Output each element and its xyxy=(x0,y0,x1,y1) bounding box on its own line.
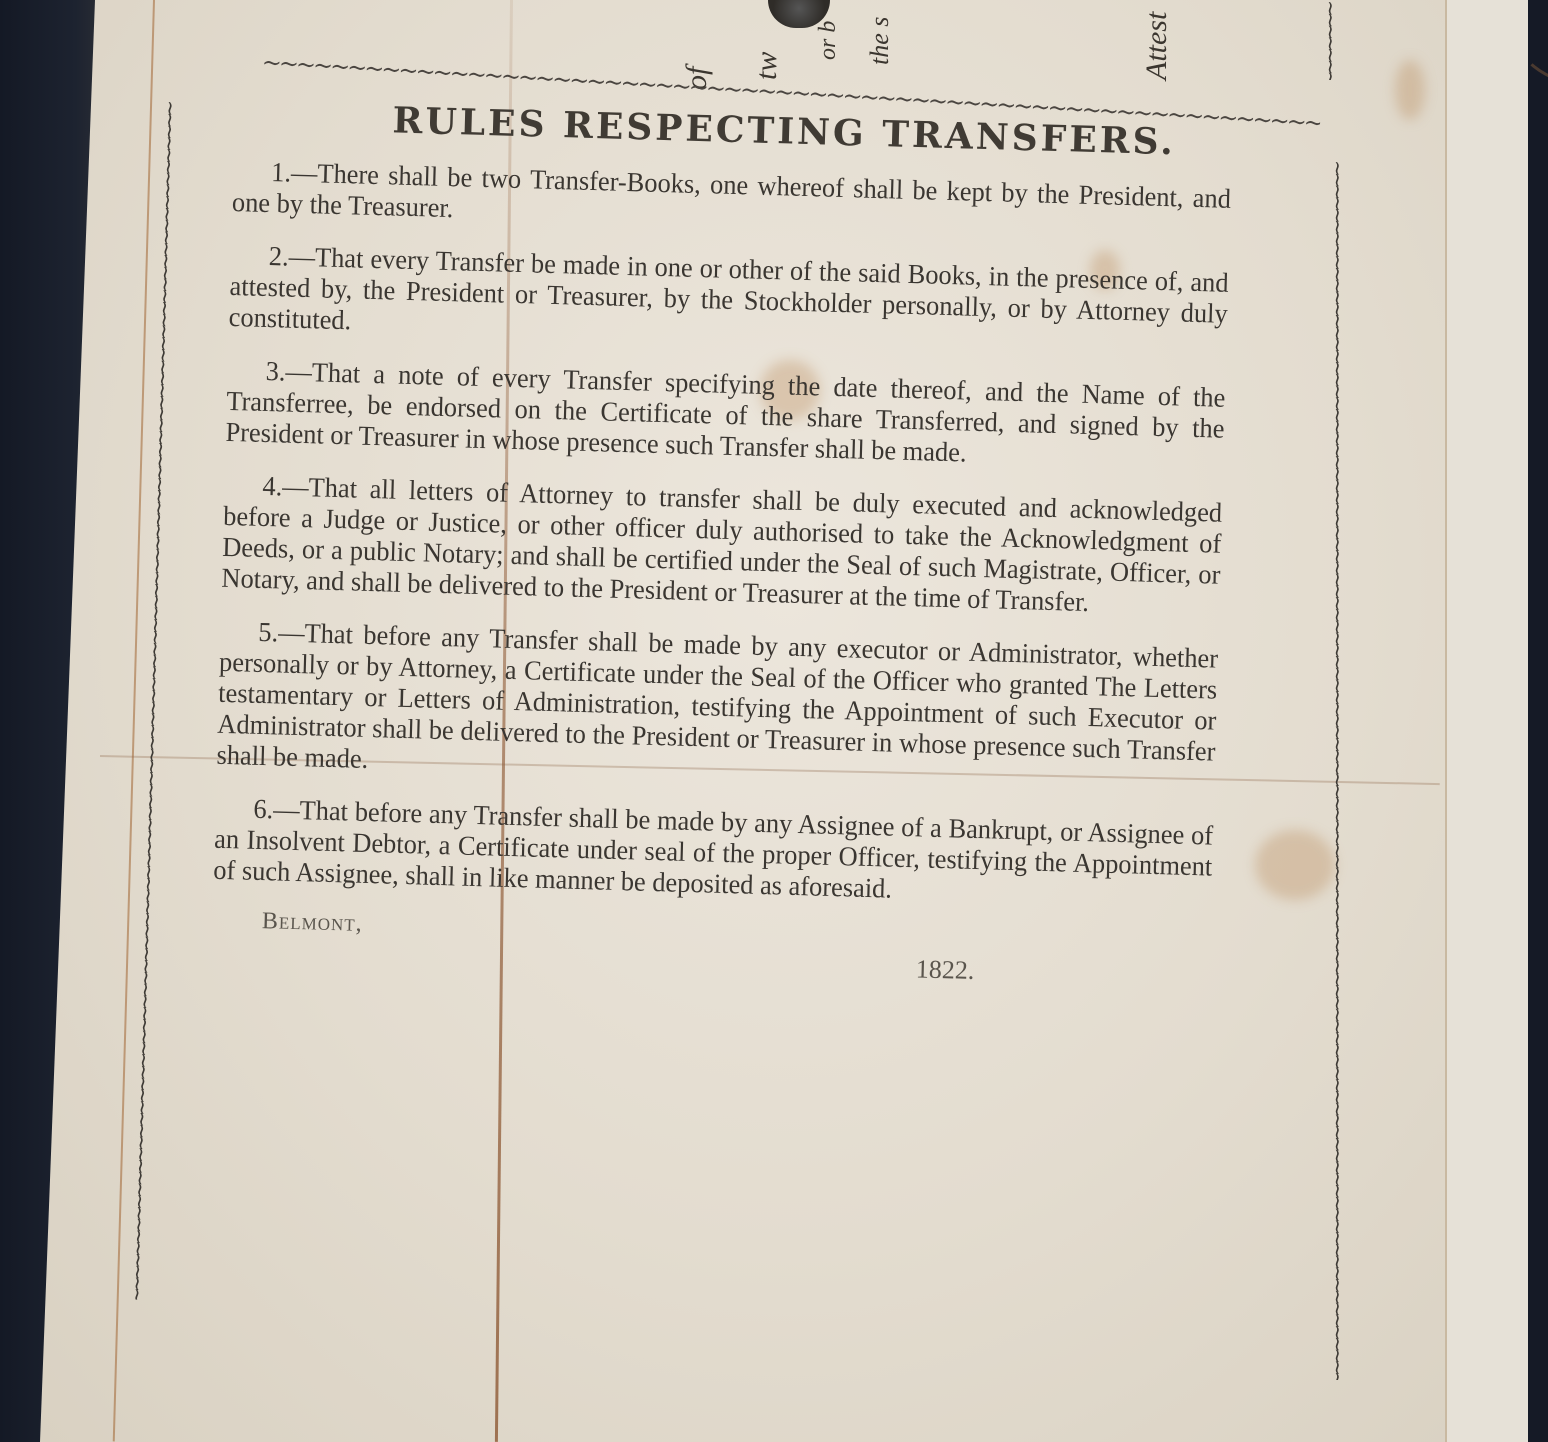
rule-item: 6.—That before any Transfer shall be mad… xyxy=(213,792,1214,913)
rule-number: 6.— xyxy=(253,793,300,825)
rotated-fragment: the s xyxy=(865,17,895,65)
rule-text: That every Transfer be made in one or ot… xyxy=(228,241,1229,335)
rules-document: RULES RESPECTING TRANSFERS. 1.—There sha… xyxy=(211,95,1275,996)
wavy-border-right-top-icon: ∼∼∼∼∼∼∼ xyxy=(1318,0,1336,80)
rule-text: That a note of every Transfer specifying… xyxy=(225,356,1226,467)
rule-number: 4.— xyxy=(262,470,309,502)
rule-text: There shall be two Transfer-Books, one w… xyxy=(232,157,1232,223)
rule-text: That before any Transfer shall be made b… xyxy=(216,617,1218,774)
rule-item: 3.—That a note of every Transfer specify… xyxy=(225,354,1226,475)
rule-item: 5.—That before any Transfer shall be mad… xyxy=(216,615,1218,798)
rule-item: 1.—There shall be two Transfer-Books, on… xyxy=(232,155,1232,245)
rotated-fragment-attest: Attest xyxy=(1140,12,1174,80)
place-name: Belmont, xyxy=(262,908,364,938)
rule-number: 3.— xyxy=(265,355,312,387)
rule-number: 1.— xyxy=(271,156,318,188)
rotated-fragment: or b xyxy=(815,21,842,60)
rule-text: That before any Transfer shall be made b… xyxy=(213,794,1214,904)
rule-number: 5.— xyxy=(258,616,305,648)
picture-frame-right xyxy=(1528,0,1548,1442)
wavy-border-right-icon: ∼∼∼∼∼∼∼∼∼∼∼∼∼∼∼∼∼∼∼∼∼∼∼∼∼∼∼∼∼∼∼∼∼∼∼∼∼∼∼∼… xyxy=(1325,160,1343,1380)
rule-item: 4.—That all letters of Attorney to trans… xyxy=(221,469,1222,621)
foxing-stain xyxy=(1395,60,1425,120)
rule-item: 2.—That every Transfer be made in one or… xyxy=(228,239,1229,360)
mat-board-right xyxy=(1445,0,1532,1442)
foxing-stain xyxy=(1255,830,1335,900)
rule-text: That all letters of Attorney to transfer… xyxy=(221,471,1222,617)
rule-number: 2.— xyxy=(268,240,315,272)
year: 1822. xyxy=(915,954,974,986)
